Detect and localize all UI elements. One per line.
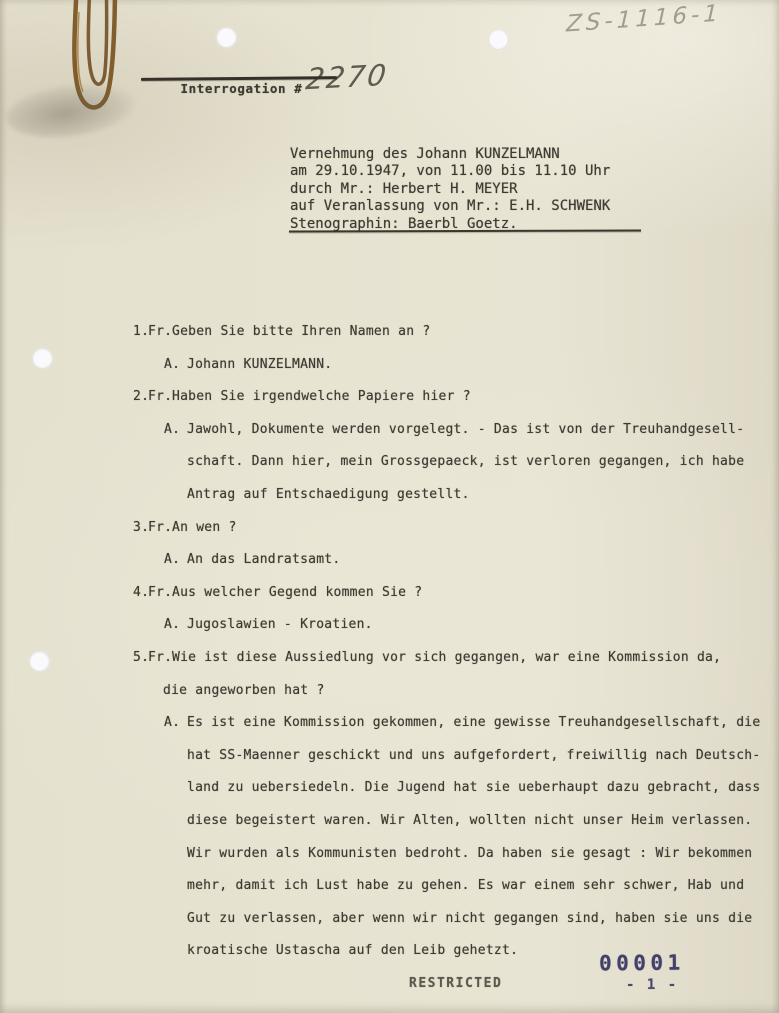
page-number: - 1 -: [626, 977, 678, 993]
question-number: 2.: [133, 389, 148, 404]
answer-label: A.: [164, 357, 187, 372]
answer-line: A.Jawohl, Dokumente werden vorgelegt. - …: [133, 422, 779, 455]
answer-label: A.: [164, 422, 187, 437]
question-number: 4.: [133, 585, 148, 600]
answer-label: A.: [164, 617, 187, 632]
question-line: 4.Fr.Aus welcher Gegend kommen Sie ?: [133, 585, 779, 618]
answer-line: A.An das Landratsamt.: [133, 552, 779, 585]
punch-hole-top-left: [216, 27, 237, 48]
answer-continuation-line: Wir wurden als Kommunisten bedroht. Da h…: [133, 846, 779, 879]
question-label: Fr.: [148, 650, 172, 665]
answer-text: hat SS-Maenner geschickt und uns aufgefo…: [187, 748, 760, 763]
question-label: Fr.: [148, 520, 172, 535]
answer-text: Johann KUNZELMANN.: [187, 357, 332, 372]
answer-continuation-line: diese begeistert waren. Wir Alten, wollt…: [133, 813, 779, 846]
question-text: Geben Sie bitte Ihren Namen an ?: [172, 324, 430, 339]
answer-text: schaft. Dann hier, mein Grossgepaeck, is…: [187, 454, 744, 469]
document-page: ZS-1116-1 Interrogation #2270 Vernehmung…: [0, 0, 779, 1013]
question-text: An wen ?: [172, 520, 237, 535]
qa-body: 1.Fr.Geben Sie bitte Ihren Namen an ?A.J…: [133, 324, 779, 976]
archival-reference-handwritten: ZS-1116-1: [566, 0, 723, 37]
header-line: am 29.10.1947, von 11.00 bis 11.10 Uhr: [290, 163, 610, 180]
answer-line: A.Johann KUNZELMANN.: [133, 357, 779, 390]
answer-text: mehr, damit ich Lust habe zu gehen. Es w…: [187, 878, 744, 893]
header-line: Vernehmung des Johann KUNZELMANN: [290, 146, 610, 163]
answer-text: Jugoslawien - Kroatien.: [187, 617, 373, 632]
header-block: Vernehmung des Johann KUNZELMANNam 29.10…: [290, 146, 610, 233]
answer-text: Wir wurden als Kommunisten bedroht. Da h…: [187, 846, 752, 861]
question-text: die angeworben hat ?: [163, 683, 325, 698]
question-text: Aus welcher Gegend kommen Sie ?: [172, 585, 422, 600]
answer-continuation-line: mehr, damit ich Lust habe zu gehen. Es w…: [133, 878, 779, 911]
header-line: auf Veranlassung von Mr.: E.H. SCHWENK: [290, 198, 610, 215]
answer-continuation-line: hat SS-Maenner geschickt und uns aufgefo…: [133, 748, 779, 781]
answer-text: Es ist eine Kommission gekommen, eine ge…: [187, 715, 760, 730]
classification-marking: RESTRICTED: [409, 976, 502, 991]
question-label: Fr.: [148, 324, 172, 339]
document-title: Interrogation #2270: [142, 47, 388, 119]
question-text: Haben Sie irgendwelche Papiere hier ?: [172, 389, 471, 404]
answer-text: kroatische Ustascha auf den Leib gehetzt…: [187, 943, 518, 958]
answer-line: A.Jugoslawien - Kroatien.: [133, 617, 779, 650]
answer-line: A.Es ist eine Kommission gekommen, eine …: [133, 715, 779, 748]
question-label: Fr.: [148, 585, 172, 600]
punch-hole-left-upper: [32, 348, 53, 369]
answer-text: Jawohl, Dokumente werden vorgelegt. - Da…: [187, 422, 744, 437]
answer-label: A.: [164, 552, 187, 567]
answer-continuation-line: schaft. Dann hier, mein Grossgepaeck, is…: [133, 454, 779, 487]
question-line: 5.Fr.Wie ist diese Aussiedlung vor sich …: [133, 650, 779, 683]
question-line: 1.Fr.Geben Sie bitte Ihren Namen an ?: [133, 324, 779, 357]
answer-text: Gut zu verlassen, aber wenn wir nicht ge…: [187, 911, 752, 926]
document-number-stamp: 00001: [599, 951, 685, 976]
answer-continuation-line: Gut zu verlassen, aber wenn wir nicht ge…: [133, 911, 779, 944]
question-label: Fr.: [148, 389, 172, 404]
punch-hole-left-lower: [29, 651, 50, 672]
question-text: Wie ist diese Aussiedlung vor sich gegan…: [172, 650, 721, 665]
answer-text: land zu uebersiedeln. Die Jugend hat sie…: [187, 780, 760, 795]
answer-continuation-line: Antrag auf Entschaedigung gestellt.: [133, 487, 779, 520]
question-number: 1.: [133, 324, 148, 339]
question-number: 3.: [133, 520, 148, 535]
answer-label: A.: [164, 715, 187, 730]
answer-text: Antrag auf Entschaedigung gestellt.: [187, 487, 470, 502]
punch-hole-top-right: [488, 29, 509, 50]
question-continuation-line: die angeworben hat ?: [133, 683, 779, 716]
answer-continuation-line: land zu uebersiedeln. Die Jugend hat sie…: [133, 780, 779, 813]
header-line: durch Mr.: Herbert H. MEYER: [290, 181, 610, 198]
answer-text: An das Landratsamt.: [187, 552, 340, 567]
question-line: 2.Fr.Haben Sie irgendwelche Papiere hier…: [133, 389, 779, 422]
answer-text: diese begeistert waren. Wir Alten, wollt…: [187, 813, 752, 828]
question-line: 3.Fr.An wen ?: [133, 520, 779, 553]
fingerprint-smudge: [3, 75, 139, 145]
question-number: 5.: [133, 650, 148, 665]
title-label: Interrogation #: [181, 81, 303, 96]
